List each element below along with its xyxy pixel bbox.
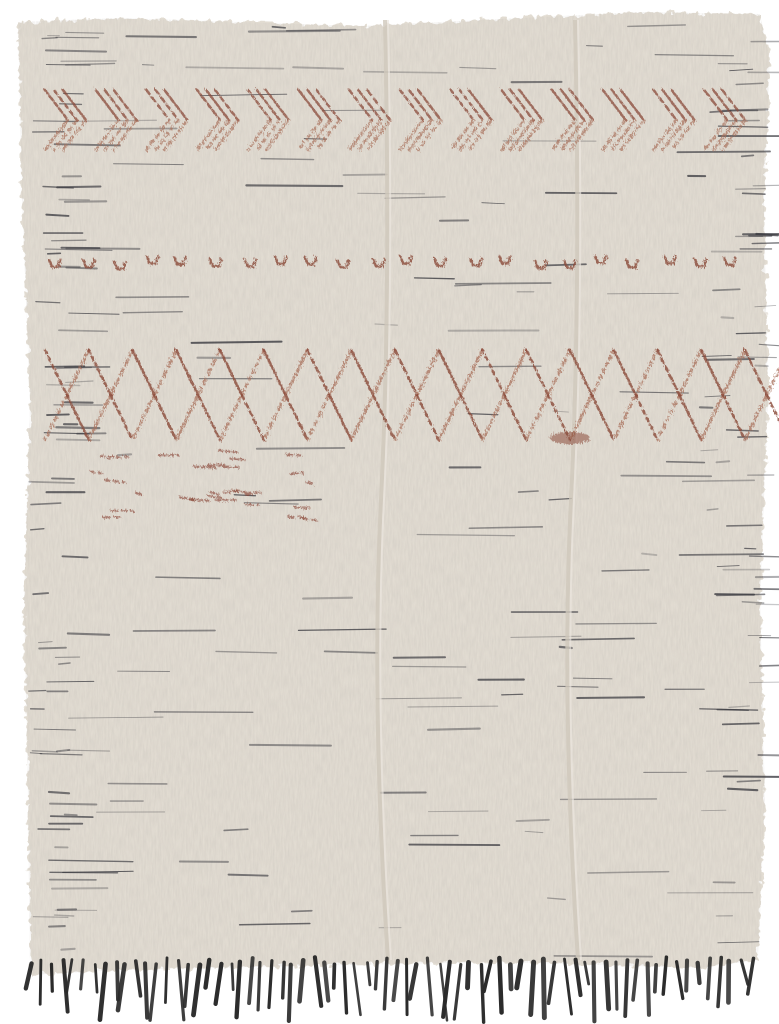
- rug-body: [18, 12, 770, 975]
- rug-photo: [0, 0, 779, 1024]
- rug-illustration: [0, 0, 779, 1024]
- bottom-fringe: [26, 957, 754, 1022]
